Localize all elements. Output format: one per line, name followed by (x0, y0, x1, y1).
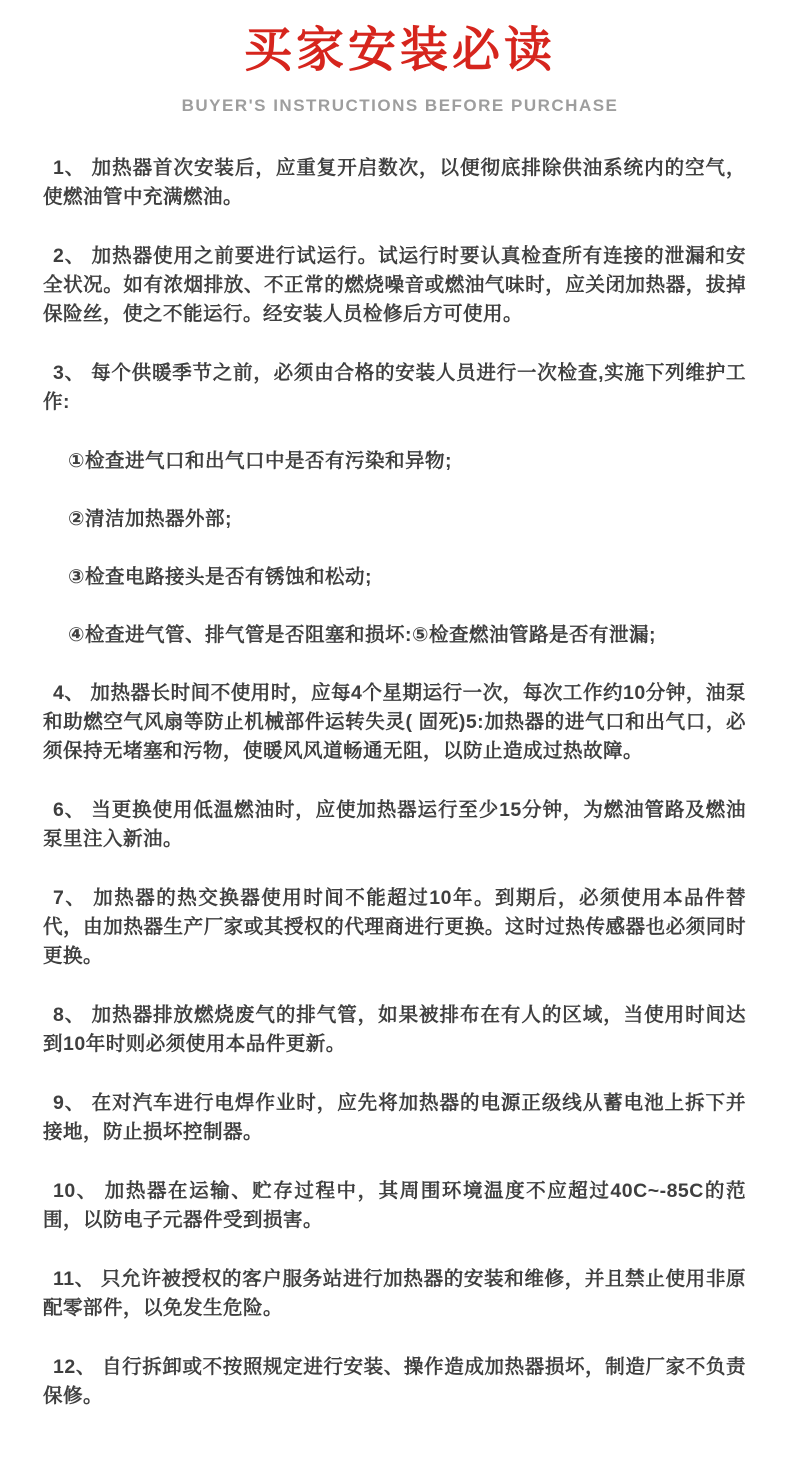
instruction-paragraph: 3、 每个供暖季节之前，必须由合格的安装人员进行一次检查,实施下列维护工作: (43, 359, 746, 417)
instructions-list: 1、 加热器首次安装后，应重复开启数次，以便彻底排除供油系统内的空气，使燃油管中… (0, 154, 800, 1411)
instructions-page: 买家安装必读 BUYER'S INSTRUCTIONS BEFORE PURCH… (0, 0, 800, 1481)
instruction-paragraph: 2、 加热器使用之前要进行试运行。试运行时要认真检查所有连接的泄漏和安全状况。如… (43, 242, 746, 329)
instruction-paragraph: 6、 当更换使用低温燃油时，应使加热器运行至少15分钟，为燃油管路及燃油泵里注入… (43, 796, 746, 854)
instruction-paragraph: 9、 在对汽车进行电焊作业时，应先将加热器的电源正级线从蓄电池上拆下并接地，防止… (43, 1089, 746, 1147)
sub-instruction-paragraph: ③检查电路接头是否有锈蚀和松动; (43, 563, 746, 592)
instruction-paragraph: 7、 加热器的热交换器使用时间不能超过10年。到期后，必须使用本品件替代，由加热… (43, 884, 746, 971)
instruction-paragraph: 12、 自行拆卸或不按照规定进行安装、操作造成加热器损坏，制造厂家不负责保修。 (43, 1353, 746, 1411)
instruction-paragraph: 8、 加热器排放燃烧废气的排气管，如果被排布在有人的区域，当使用时间达到10年时… (43, 1001, 746, 1059)
page-title: 买家安装必读 (0, 20, 800, 82)
instruction-paragraph: 11、 只允许被授权的客户服务站进行加热器的安装和维修，并且禁止使用非原配零部件… (43, 1265, 746, 1323)
header: 买家安装必读 BUYER'S INSTRUCTIONS BEFORE PURCH… (0, 20, 800, 116)
sub-instruction-paragraph: ④检查进气管、排气管是否阻塞和损坏:⑤检查燃油管路是否有泄漏; (43, 621, 746, 650)
page-subtitle: BUYER'S INSTRUCTIONS BEFORE PURCHASE (0, 96, 800, 116)
instruction-paragraph: 4、 加热器长时间不使用时，应每4个星期运行一次，每次工作约10分钟，油泵和助燃… (43, 679, 746, 766)
sub-instruction-paragraph: ②清洁加热器外部; (43, 505, 746, 534)
instruction-paragraph: 10、 加热器在运输、贮存过程中，其周围环境温度不应超过40C~-85C的范围，… (43, 1177, 746, 1235)
instruction-paragraph: 1、 加热器首次安装后，应重复开启数次，以便彻底排除供油系统内的空气，使燃油管中… (43, 154, 746, 212)
sub-instruction-paragraph: ①检查进气口和出气口中是否有污染和异物; (43, 447, 746, 476)
